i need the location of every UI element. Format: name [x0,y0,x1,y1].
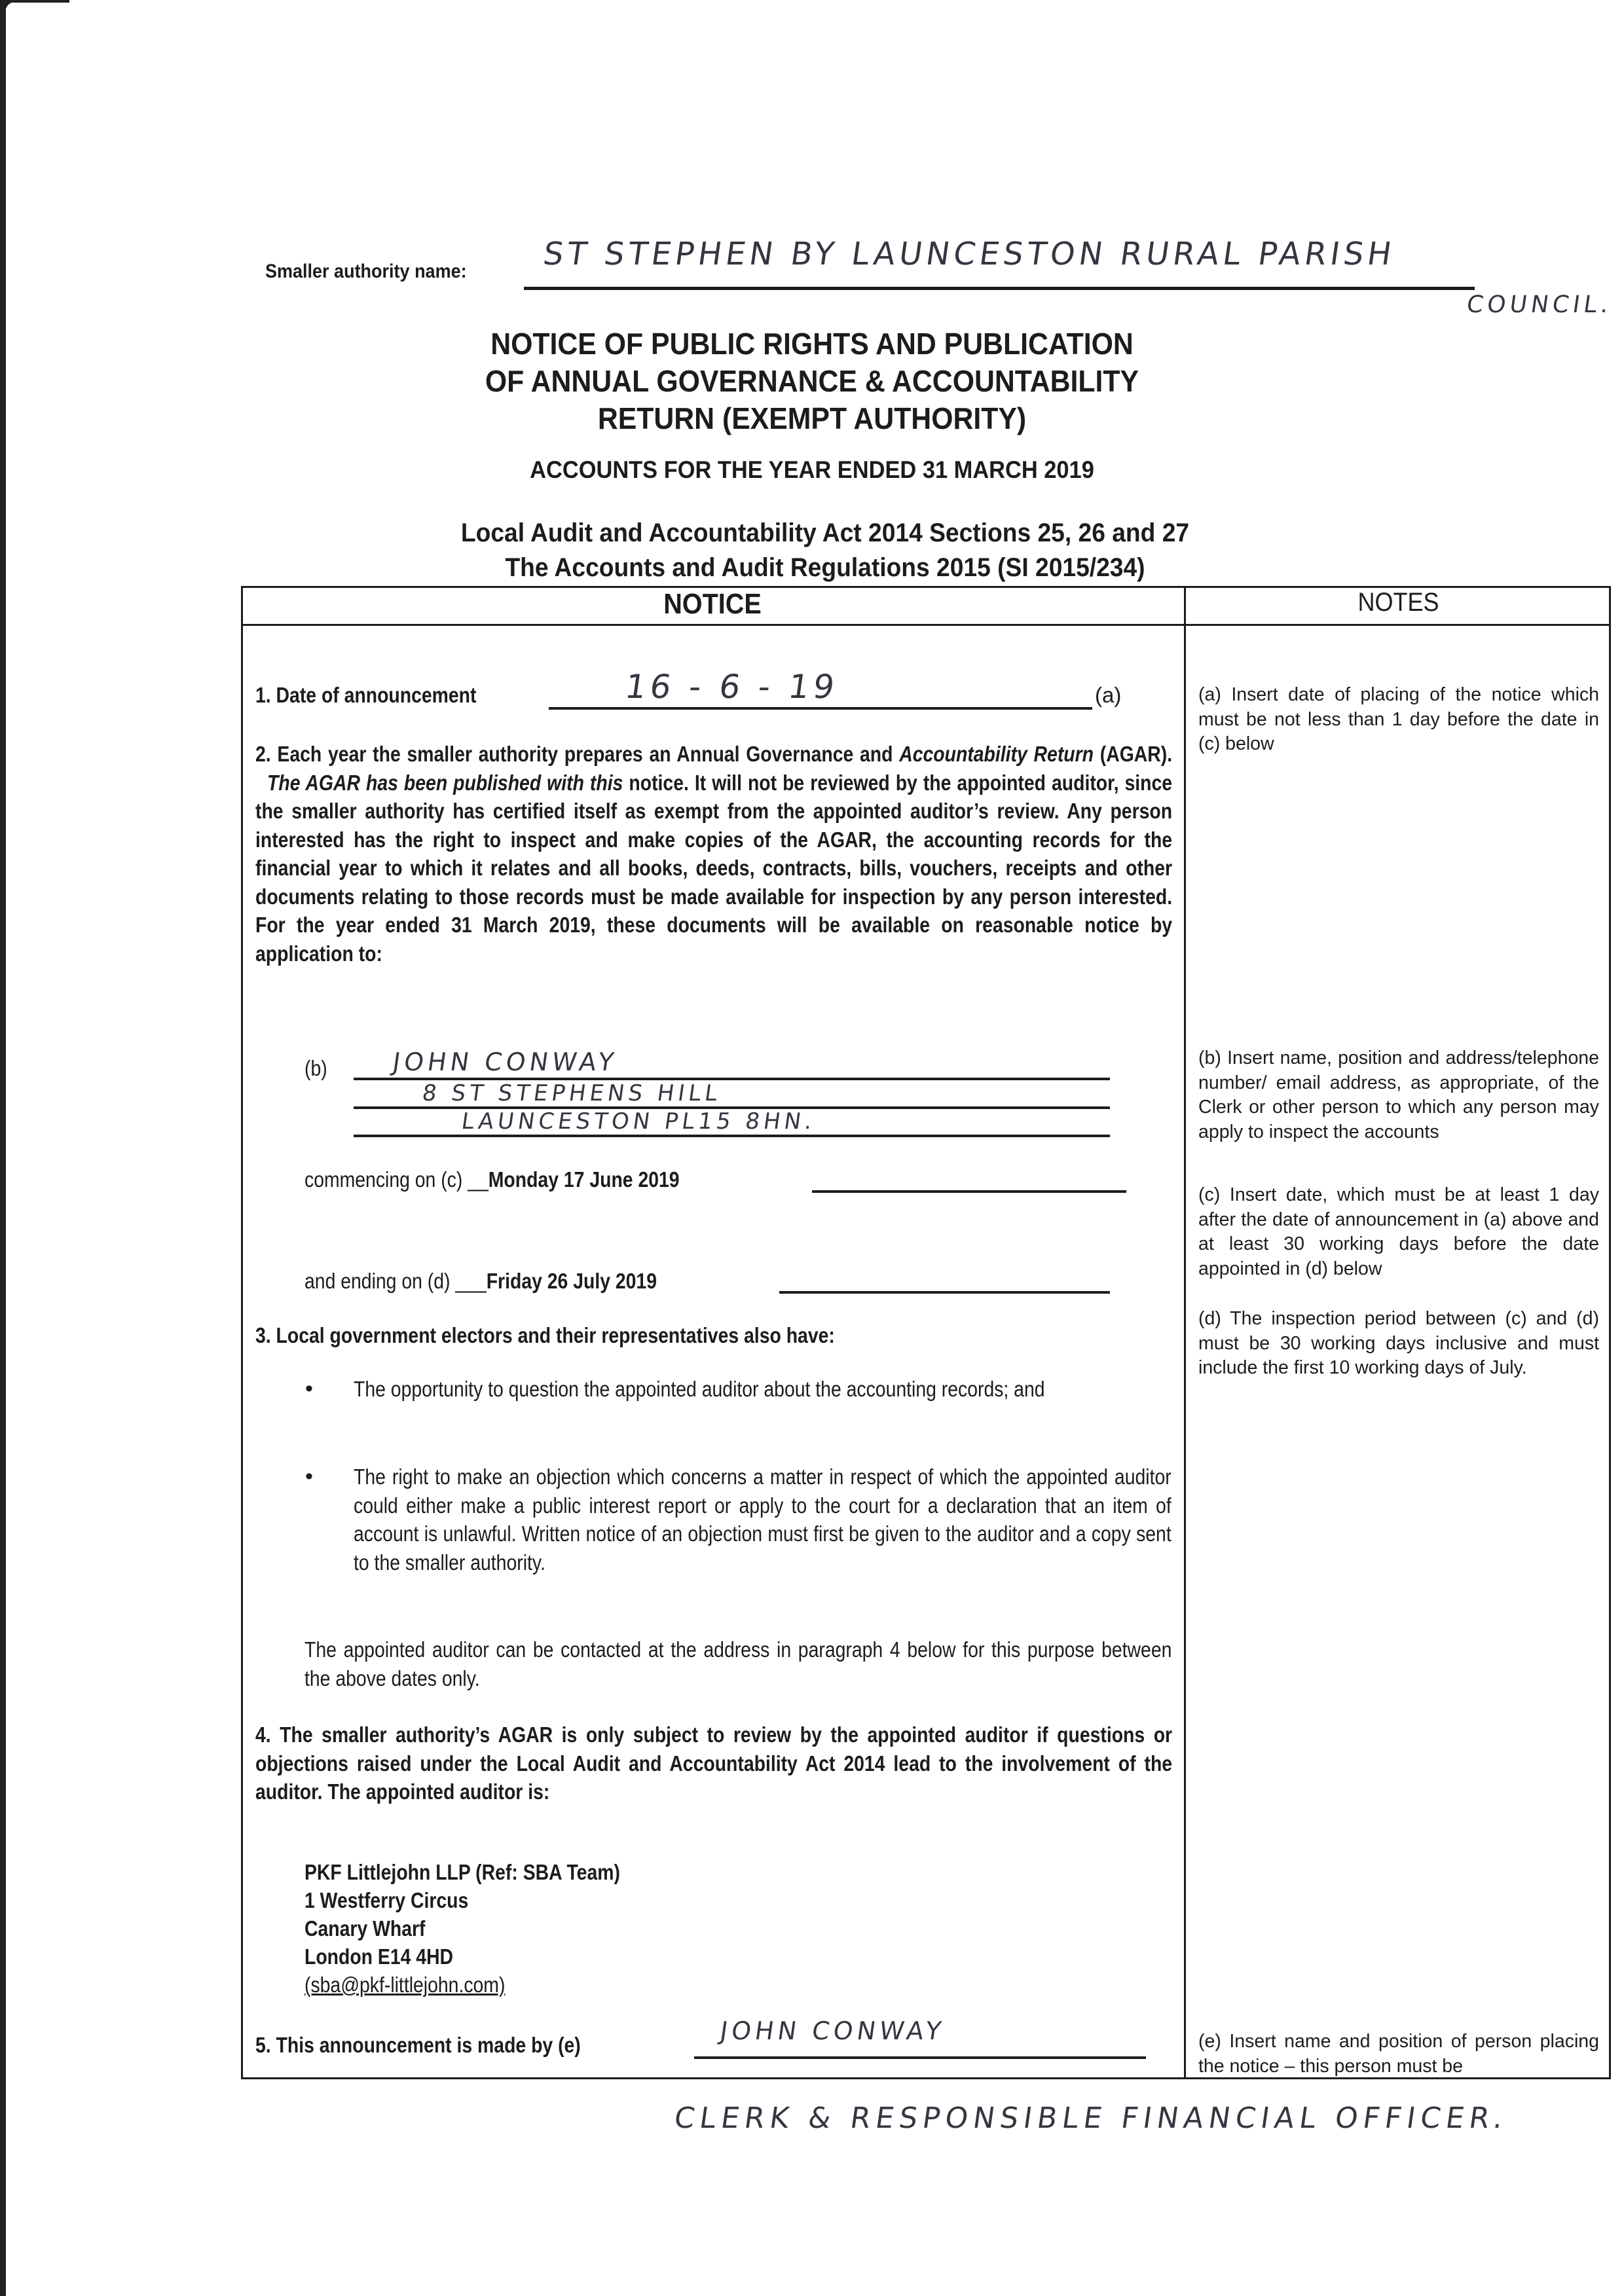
auditor-name: PKF Littlejohn LLP (Ref: SBA Team) [304,1858,1221,1887]
authority-name-field[interactable]: ST STEPHEN BY LAUNCESTON RURAL PARISH [541,236,1397,272]
contact-name-field[interactable]: JOHN CONWAY [391,1048,619,1076]
table-column-divider [1184,586,1186,2079]
commencing-date-field[interactable]: Monday 17 June 2019 [489,1167,680,1192]
bullet-icon: • [305,1376,313,1402]
document-title-line-2: OF ANNUAL GOVERNANCE & ACCOUNTABILITY [57,363,1567,399]
date-of-announcement-field[interactable]: 16 - 6 - 19 [623,668,841,706]
notes-column-header: NOTES [1207,588,1589,617]
auditor-email-link[interactable]: (sba@pkf-littlejohn.com) [304,1971,1221,1999]
item-2-intro-b: Accountability Return [899,742,1094,766]
item-3-heading: 3. Local government electors and their r… [255,1321,1172,1350]
note-b: (b) Insert name, position and address/te… [1198,1046,1599,1144]
note-d: (d) The inspection period between (c) an… [1198,1307,1599,1381]
item-2-intro-d: The AGAR has been published with this [267,771,623,795]
announcer-position-field[interactable]: CLERK & RESPONSIBLE FINANCIAL OFFICER. [672,2102,1510,2135]
item-2-intro-c: (AGAR). [1094,742,1172,766]
authority-name-field-continued[interactable]: COUNCIL. [1465,291,1614,318]
authority-name-label: Smaller authority name: [265,261,467,283]
item-4-text: 4. The smaller authority’s AGAR is only … [255,1721,1172,1806]
item-3-bullet-2: The right to make an objection which con… [354,1463,1172,1576]
commencing-label: commencing on (c) __Monday 17 June 2019 [304,1165,1221,1194]
note-ref-a: (a) [1095,681,1134,710]
document-title-line-3: RETURN (EXEMPT AUTHORITY) [57,401,1567,436]
commencing-label-text: commencing on (c) [304,1167,462,1192]
table-header-rule [241,624,1611,626]
auditor-address-line-3: London E14 4HD [304,1942,1221,1971]
auditor-address-line-1: 1 Westferry Circus [304,1886,1221,1915]
authority-name-underline [524,287,1475,290]
notice-column-header: NOTICE [288,588,1137,621]
item-5-label: 5. This announcement is made by (e) [255,2031,1172,2060]
item-2-intro: 2. Each year the smaller authority prepa… [255,740,1172,968]
ending-underline [779,1291,1110,1294]
ending-date-field[interactable]: Friday 26 July 2019 [487,1269,657,1293]
item-2-body: notice. It will not be reviewed by the a… [255,771,1172,966]
contact-line-3-underline [354,1135,1110,1137]
legislation-line-2: The Accounts and Audit Regulations 2015 … [70,553,1580,583]
ending-label-text: and ending on (d) [304,1269,450,1293]
bullet-icon: • [305,1464,313,1489]
legislation-line-1: Local Audit and Accountability Act 2014 … [70,519,1580,548]
item-3-bullet-1: The opportunity to question the appointe… [354,1375,1172,1404]
note-e: (e) Insert name and position of person p… [1198,2030,1599,2079]
note-a: (a) Insert date of placing of the notice… [1198,683,1599,757]
scan-edge [0,0,69,3]
auditor-address-line-2: Canary Wharf [304,1914,1221,1943]
announcer-name-field[interactable]: JOHN CONWAY [718,2016,947,2045]
item-2-intro-a: 2. Each year the smaller authority prepa… [255,742,893,766]
contact-address-line-1-field[interactable]: 8 ST STEPHENS HILL [420,1080,723,1106]
item-3-footer: The appointed auditor can be contacted a… [304,1635,1172,1692]
scan-edge [0,0,6,2296]
note-c: (c) Insert date, which must be at least … [1198,1183,1599,1281]
item-5-underline [694,2056,1146,2059]
contact-address-line-2-field[interactable]: LAUNCESTON PL15 8HN. [460,1108,817,1135]
document-subtitle: ACCOUNTS FOR THE YEAR ENDED 31 MARCH 201… [57,456,1567,484]
commencing-underline [812,1190,1126,1193]
scan-corner [6,3,14,10]
date-of-announcement-underline [549,707,1092,710]
document-title-line-1: NOTICE OF PUBLIC RIGHTS AND PUBLICATION [57,326,1567,361]
